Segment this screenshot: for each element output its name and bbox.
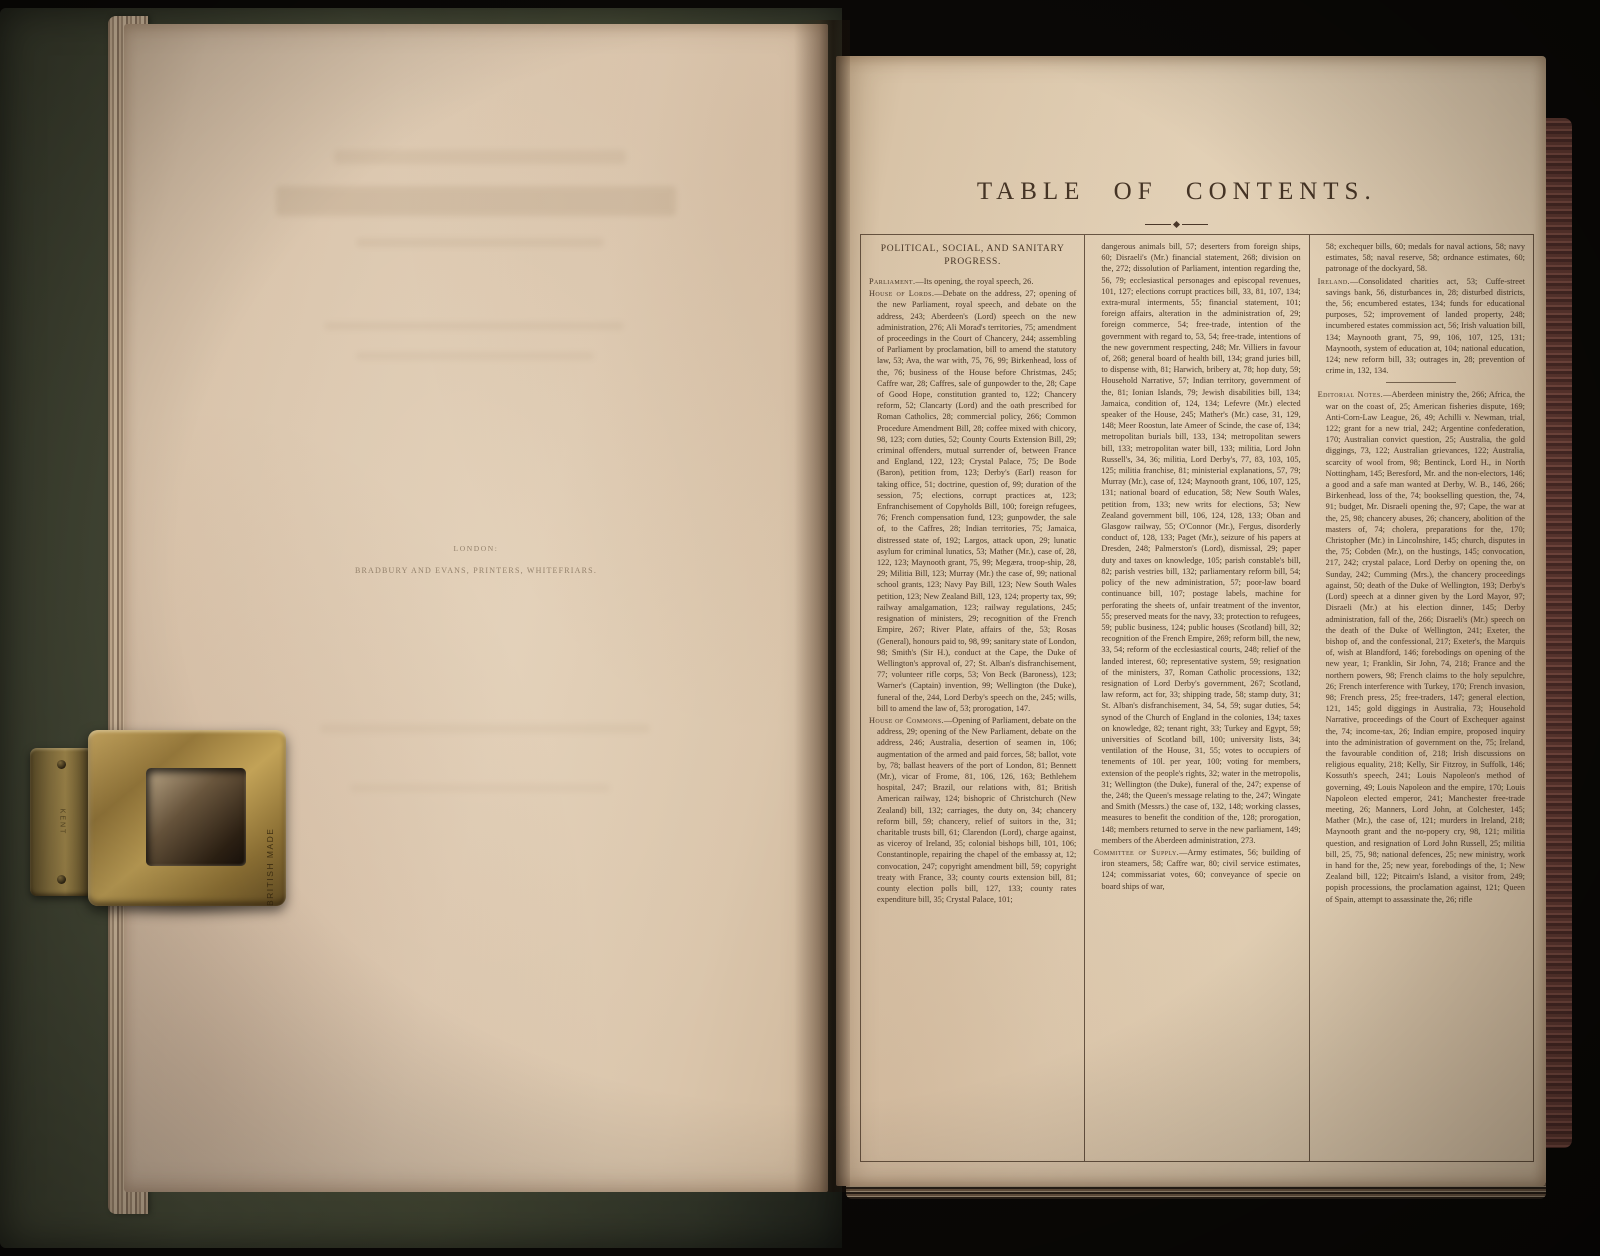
imprint-city: LONDON: <box>124 544 828 553</box>
toc-entry-commons-continued: dangerous animals bill, 57; deserters fr… <box>1093 241 1300 846</box>
ornament-rule <box>836 222 1518 227</box>
screw-icon <box>57 875 66 884</box>
toc-entry-house-of-commons: House of Commons.—Opening of Parliament,… <box>869 715 1076 905</box>
brass-clasp: KENT BRITISH MADE <box>26 726 290 914</box>
right-page: TABLE OF CONTENTS. POLITICAL, SOCIAL, AN… <box>836 56 1546 1186</box>
toc-entry-committee-of-supply: Committee of Supply.—Army estimates, 56;… <box>1093 847 1300 892</box>
toc-entry-supply-continued: 58; exchequer bills, 60; medals for nava… <box>1318 241 1525 275</box>
section-divider <box>1386 382 1456 383</box>
page-title: TABLE OF CONTENTS. <box>836 178 1518 206</box>
clasp-buckle-opening <box>146 768 246 866</box>
bottom-page-edges <box>846 1184 1546 1199</box>
toc-entry-ireland: Ireland.—Consolidated charities act, 53;… <box>1318 276 1525 377</box>
toc-entry-house-of-lords: House of Lords.—Debate on the address, 2… <box>869 288 1076 714</box>
diamond-ornament-icon <box>1173 221 1180 228</box>
imprint-printer: BRADBURY AND EVANS, PRINTERS, WHITEFRIAR… <box>124 566 828 575</box>
toc-frame: POLITICAL, SOCIAL, AND SANITARY PROGRESS… <box>860 234 1534 1162</box>
clasp-hinge: KENT <box>30 748 94 896</box>
toc-entry-editorial-notes: Editorial Notes.—Aberdeen ministry the, … <box>1318 389 1525 904</box>
clasp-stamp-text: BRITISH MADE <box>265 730 275 906</box>
photograph-of-open-book: LONDON: BRADBURY AND EVANS, PRINTERS, WH… <box>0 0 1600 1256</box>
clasp-hinge-text: KENT <box>59 809 66 836</box>
left-page: LONDON: BRADBURY AND EVANS, PRINTERS, WH… <box>124 24 828 1192</box>
toc-column-2: dangerous animals bill, 57; deserters fr… <box>1084 235 1308 1161</box>
toc-column-3: 58; exchequer bills, 60; medals for nava… <box>1309 235 1533 1161</box>
toc-column-1: POLITICAL, SOCIAL, AND SANITARY PROGRESS… <box>861 235 1084 1161</box>
screw-icon <box>57 760 66 769</box>
clasp-buckle: BRITISH MADE <box>88 730 286 906</box>
printer-imprint: LONDON: BRADBURY AND EVANS, PRINTERS, WH… <box>124 544 828 575</box>
toc-entry-parliament: Parliament.—Its opening, the royal speec… <box>869 276 1076 287</box>
section-heading: POLITICAL, SOCIAL, AND SANITARY PROGRESS… <box>875 243 1070 269</box>
